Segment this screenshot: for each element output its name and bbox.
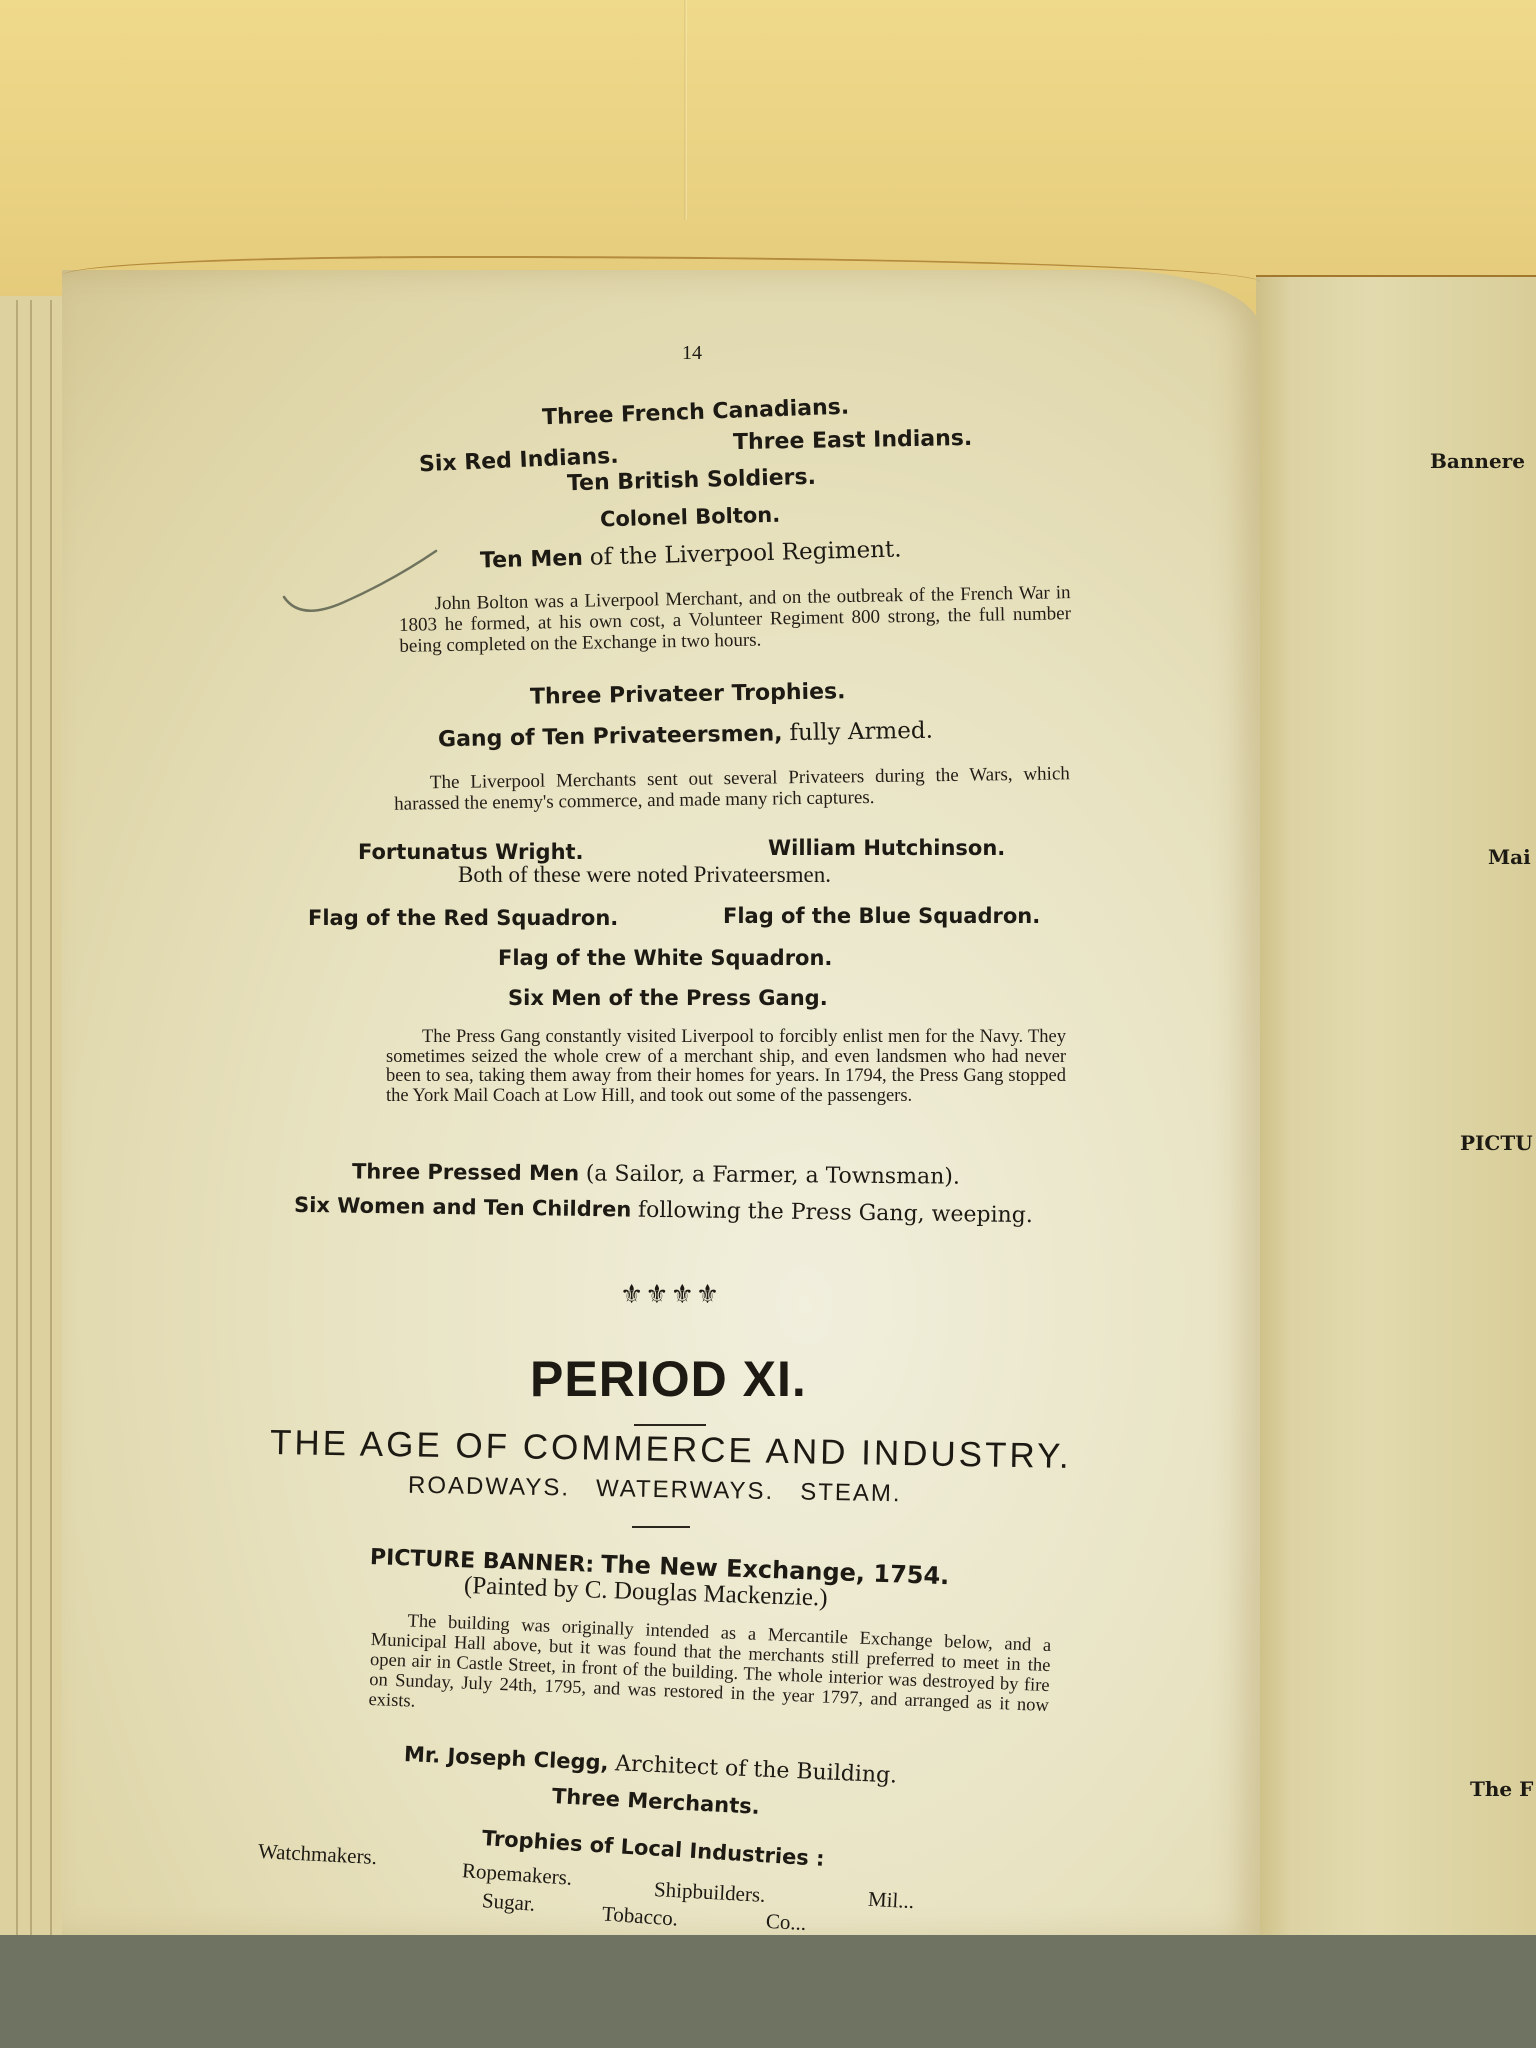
note-john-bolton: John Bolton was a Liverpool Merchant, an… bbox=[399, 582, 1072, 657]
industry-shipbuilders: Shipbuilders. bbox=[653, 1877, 766, 1908]
right-page-fragment: Mai bbox=[1488, 845, 1531, 869]
note-privateersmen: Both of these were noted Privateersmen. bbox=[458, 862, 831, 888]
period-subsubtitle: ROADWAYS. WATERWAYS. STEAM. bbox=[408, 1472, 902, 1509]
entry-press-gang: Six Men of the Press Gang. bbox=[508, 986, 828, 1010]
entry-bold-part: Three Pressed Men bbox=[352, 1159, 579, 1185]
entry-women-children: Six Women and Ten Children following the… bbox=[294, 1193, 1033, 1228]
background-crease bbox=[684, 0, 687, 220]
entry-flag-red-squadron: Flag of the Red Squadron. bbox=[308, 906, 618, 930]
entry-three-pressed-men: Three Pressed Men (a Sailor, a Farmer, a… bbox=[352, 1159, 960, 1189]
entry-bold-part: Mr. Joseph Clegg, bbox=[403, 1742, 609, 1775]
page-stack-edge bbox=[30, 300, 32, 1940]
entry-three-east-indians: Three East Indians. bbox=[733, 426, 973, 455]
industry-millers: Mil... bbox=[867, 1887, 914, 1914]
entry-privateer-trophies: Three Privateer Trophies. bbox=[530, 679, 846, 710]
industry-sugar: Sugar. bbox=[481, 1888, 536, 1917]
entry-ten-men-regiment: Ten Men of the Liverpool Regiment. bbox=[480, 536, 902, 573]
entry-ten-british-soldiers: Ten British Soldiers. bbox=[567, 465, 817, 497]
entry-flag-blue-squadron: Flag of the Blue Squadron. bbox=[723, 904, 1040, 928]
entry-flag-white-squadron: Flag of the White Squadron. bbox=[498, 946, 832, 970]
note-text: The Press Gang constantly visited Liverp… bbox=[386, 1028, 1066, 1106]
pencil-checkmark-icon bbox=[282, 545, 442, 615]
industry-ropemakers: Ropemakers. bbox=[461, 1858, 573, 1891]
note-press-gang: The Press Gang constantly visited Liverp… bbox=[386, 1028, 1066, 1106]
right-page-fragment: PICTU bbox=[1460, 1131, 1533, 1155]
left-page: 14 Three French Canadians. Six Red India… bbox=[62, 270, 1260, 1940]
entry-rest: following the Press Gang, weeping. bbox=[638, 1198, 1033, 1229]
industry-tobacco: Tobacco. bbox=[601, 1901, 679, 1931]
industry-cotton: Co... bbox=[765, 1909, 807, 1936]
period-title: PERIOD XI. bbox=[530, 1350, 807, 1408]
divider bbox=[634, 1424, 706, 1426]
entry-three-french-canadians: Three French Canadians. bbox=[542, 395, 850, 431]
bottom-strip bbox=[0, 1935, 1536, 2048]
right-page-fragment: The F bbox=[1470, 1777, 1533, 1801]
page-stack-edge bbox=[50, 300, 52, 1940]
entry-fortunatus-wright: Fortunatus Wright. bbox=[358, 840, 584, 864]
divider bbox=[632, 1526, 690, 1528]
entry-joseph-clegg: Mr. Joseph Clegg, Architect of the Build… bbox=[403, 1742, 897, 1789]
page-number: 14 bbox=[682, 342, 702, 365]
note-text: The building was originally intended as … bbox=[368, 1610, 1051, 1736]
right-page-fragment: Bannere bbox=[1430, 449, 1525, 473]
entry-bold-part: Six Women and Ten Children bbox=[294, 1193, 632, 1222]
entry-rest: fully Armed. bbox=[789, 718, 933, 746]
entry-gang-privateersmen: Gang of Ten Privateersmen, fully Armed. bbox=[438, 718, 933, 753]
note-text: John Bolton was a Liverpool Merchant, an… bbox=[399, 582, 1072, 657]
entry-three-merchants: Three Merchants. bbox=[551, 1784, 760, 1819]
entry-colonel-bolton: Colonel Bolton. bbox=[600, 503, 781, 532]
entry-rest: Architect of the Building. bbox=[615, 1751, 898, 1788]
entry-bold-part: Gang of Ten Privateersmen, bbox=[438, 721, 783, 752]
page-stack bbox=[0, 296, 70, 1936]
entry-rest: of the Liverpool Regiment. bbox=[590, 536, 902, 570]
note-privateers: The Liverpool Merchants sent out several… bbox=[394, 763, 1071, 814]
entry-rest: (a Sailor, a Farmer, a Townsman). bbox=[586, 1161, 960, 1189]
period-subtitle: THE AGE OF COMMERCE AND INDUSTRY. bbox=[270, 1423, 1072, 1477]
entry-bold-part: Ten Men bbox=[480, 546, 583, 574]
note-text: The Liverpool Merchants sent out several… bbox=[394, 763, 1071, 814]
industry-watchmakers: Watchmakers. bbox=[257, 1839, 377, 1870]
right-page: Bannere Mai PICTU The F bbox=[1256, 275, 1536, 1942]
page-stack-edge bbox=[16, 300, 18, 1940]
note-new-exchange: The building was originally intended as … bbox=[368, 1610, 1051, 1736]
fleur-de-lis-ornament-icon: ⚜⚜⚜⚜ bbox=[620, 1280, 721, 1310]
entry-william-hutchinson: William Hutchinson. bbox=[768, 836, 1005, 860]
